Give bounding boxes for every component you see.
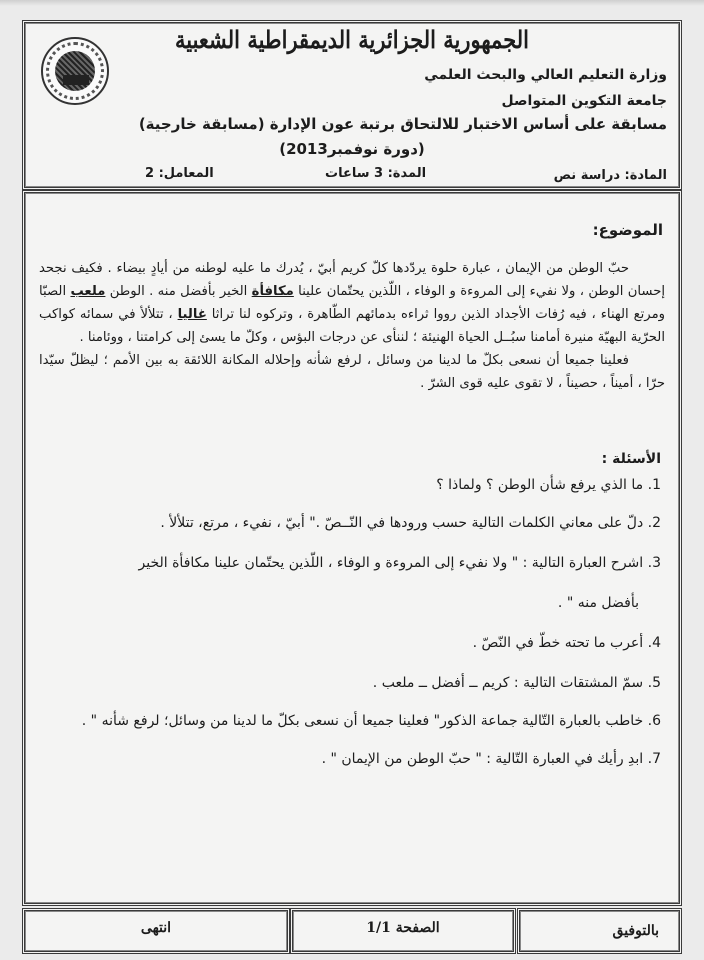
university-name: جامعة التكوين المتواصل [502, 93, 667, 109]
passage-text: الخير بأفضل منه . الوطن [105, 284, 251, 299]
republic-title: الجمهورية الجزائرية الديمقراطية الشعبية [25, 25, 679, 54]
question-1: 1. ما الذي يرفع شأن الوطن ؟ ولماذا ؟ [436, 475, 661, 495]
reading-passage: حبّ الوطن من الإيمان ، عبارة حلوة يردّده… [39, 257, 665, 395]
passage-paragraph-2: فعلينا جميعا أن نسعى بكلّ ما لدينا من وس… [39, 349, 665, 395]
question-6: 6. خاطب بالعبارة التّالية جماعة الذكور" … [82, 711, 661, 731]
exam-header: الجمهورية الجزائرية الديمقراطية الشعبية … [22, 20, 682, 190]
exam-subject: المادة: دراسة نص [554, 168, 667, 183]
question-3-continued: بأفضل منه " . [558, 593, 639, 613]
question-7: 7. ابدِ رأيك في العبارة التّالية : " حبّ… [322, 749, 661, 769]
page-number: الصفحة 1/1 [293, 920, 513, 936]
topic-label: الموضوع: [593, 221, 663, 239]
good-luck-text: بالتوفيق [613, 923, 659, 939]
underlined-word: مكافأة [252, 284, 294, 299]
exam-coefficient: المعامل: 2 [145, 166, 214, 181]
page-edge [0, 0, 704, 6]
footer-end-cell: انتهى [22, 908, 290, 954]
questions-label: الأسئلة : [602, 451, 661, 467]
exam-body: الموضوع: حبّ الوطن من الإيمان ، عبارة حل… [22, 190, 682, 906]
footer-page-cell: الصفحة 1/1 [290, 908, 516, 954]
footer-good-luck-cell: بالتوفيق [517, 908, 682, 954]
underlined-word: غاليا [178, 307, 207, 322]
exam-duration: المدة: 3 ساعات [325, 166, 426, 181]
question-3: 3. اشرح العبارة التالية : " ولا نفيء إلى… [139, 553, 662, 573]
passage-paragraph-1: حبّ الوطن من الإيمان ، عبارة حلوة يردّده… [39, 257, 665, 349]
underlined-word: ملعب [70, 284, 105, 299]
question-2: 2. دلّ على معاني الكلمات التالية حسب ورو… [160, 513, 661, 533]
end-text: انتهى [25, 920, 287, 936]
exam-title: مسابقة على أساس الاختبار للالتحاق برتبة … [139, 115, 667, 133]
ministry-name: وزارة التعليم العالي والبحث العلمي [424, 67, 667, 83]
exam-session: (دورة نوفمبر2013) [25, 140, 679, 158]
question-4: 4. أعرب ما تحته خطّ في النّصّ . [473, 633, 661, 653]
question-5: 5. سمّ المشتقات التالية : كريم ــ أفضل ـ… [373, 673, 661, 693]
